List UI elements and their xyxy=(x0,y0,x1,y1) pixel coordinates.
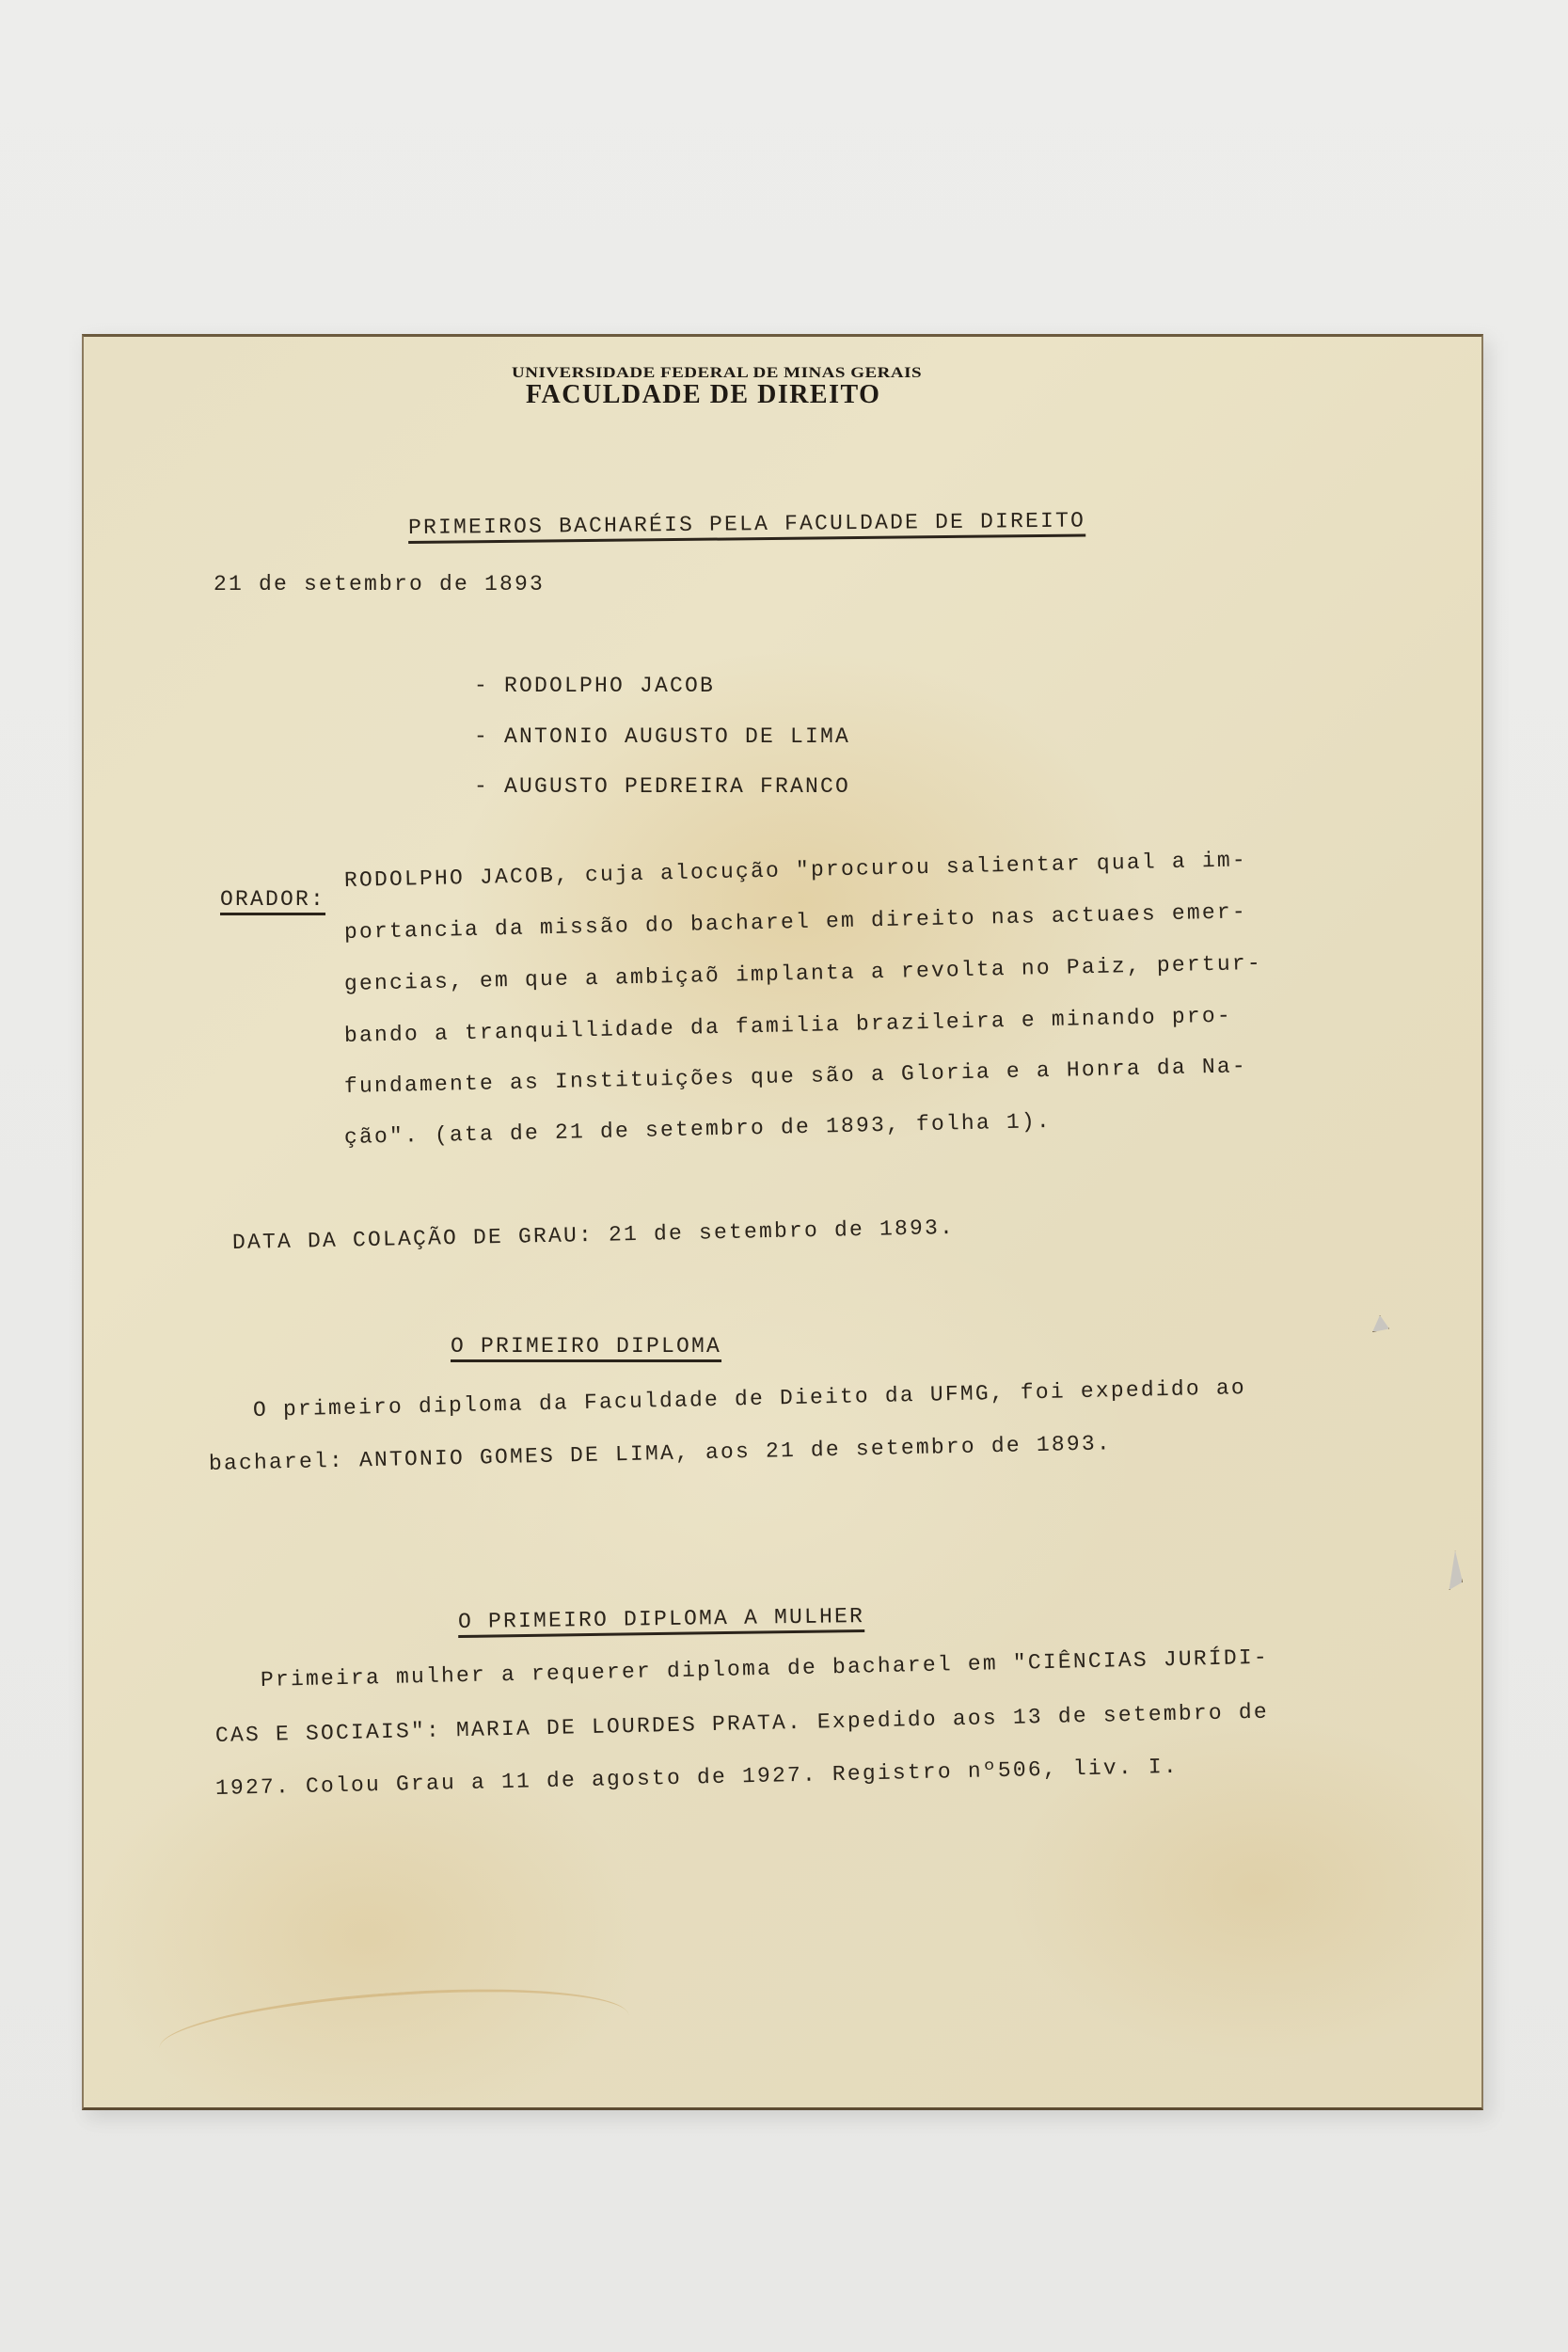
orador-line: ção". (ata de 21 de setembro de 1893, fo… xyxy=(344,1109,1053,1150)
section-heading-primeiro-diploma-mulher: O PRIMEIRO DIPLOMA A MULHER xyxy=(458,1604,864,1634)
graduate-item: - AUGUSTO PEDREIRA FRANCO xyxy=(474,774,850,799)
primeiro-diploma-line: O primeiro diploma da Faculdade de Dieit… xyxy=(253,1375,1246,1422)
colacao-line: DATA DA COLAÇÃO DE GRAU: 21 de setembro … xyxy=(232,1216,955,1255)
orador-line: bando a tranquillidade da familia brazil… xyxy=(344,1004,1232,1048)
faculty-name: FACULDADE DE DIREITO xyxy=(526,380,880,410)
graduate-item: - ANTONIO AUGUSTO DE LIMA xyxy=(474,724,850,749)
document-board: UNIVERSIDADE FEDERAL DE MINAS GERAIS FAC… xyxy=(82,334,1483,2110)
orador-line: RODOLPHO JACOB, cuja alocução "procurou … xyxy=(344,848,1247,893)
orador-line: gencias, em que a ambiçaõ implanta a rev… xyxy=(344,951,1262,996)
diploma-mulher-line: Primeira mulher a requerer diploma de ba… xyxy=(261,1645,1269,1692)
water-stain xyxy=(157,1977,632,2088)
diploma-mulher-line: 1927. Colou Grau a 11 de agosto de 1927.… xyxy=(215,1755,1179,1801)
date-line: 21 de setembro de 1893 xyxy=(214,572,545,596)
graduate-item: - RODOLPHO JACOB xyxy=(474,674,715,698)
primeiro-diploma-line: bacharel: ANTONIO GOMES DE LIMA, aos 21 … xyxy=(209,1431,1112,1476)
orador-line: portancia da missão do bacharel em direi… xyxy=(344,899,1247,945)
mounting-chip xyxy=(1370,1315,1389,1332)
orador-line: fundamente as Instituições que são a Glo… xyxy=(344,1054,1247,1099)
orador-label: ORADOR: xyxy=(220,887,325,912)
section-heading-primeiro-diploma: O PRIMEIRO DIPLOMA xyxy=(451,1334,721,1359)
document-title: PRIMEIROS BACHARÉIS PELA FACULDADE DE DI… xyxy=(408,508,1085,540)
diploma-mulher-line: CAS E SOCIAIS": MARIA DE LOURDES PRATA. … xyxy=(215,1700,1269,1748)
mounting-chip xyxy=(1448,1550,1463,1590)
